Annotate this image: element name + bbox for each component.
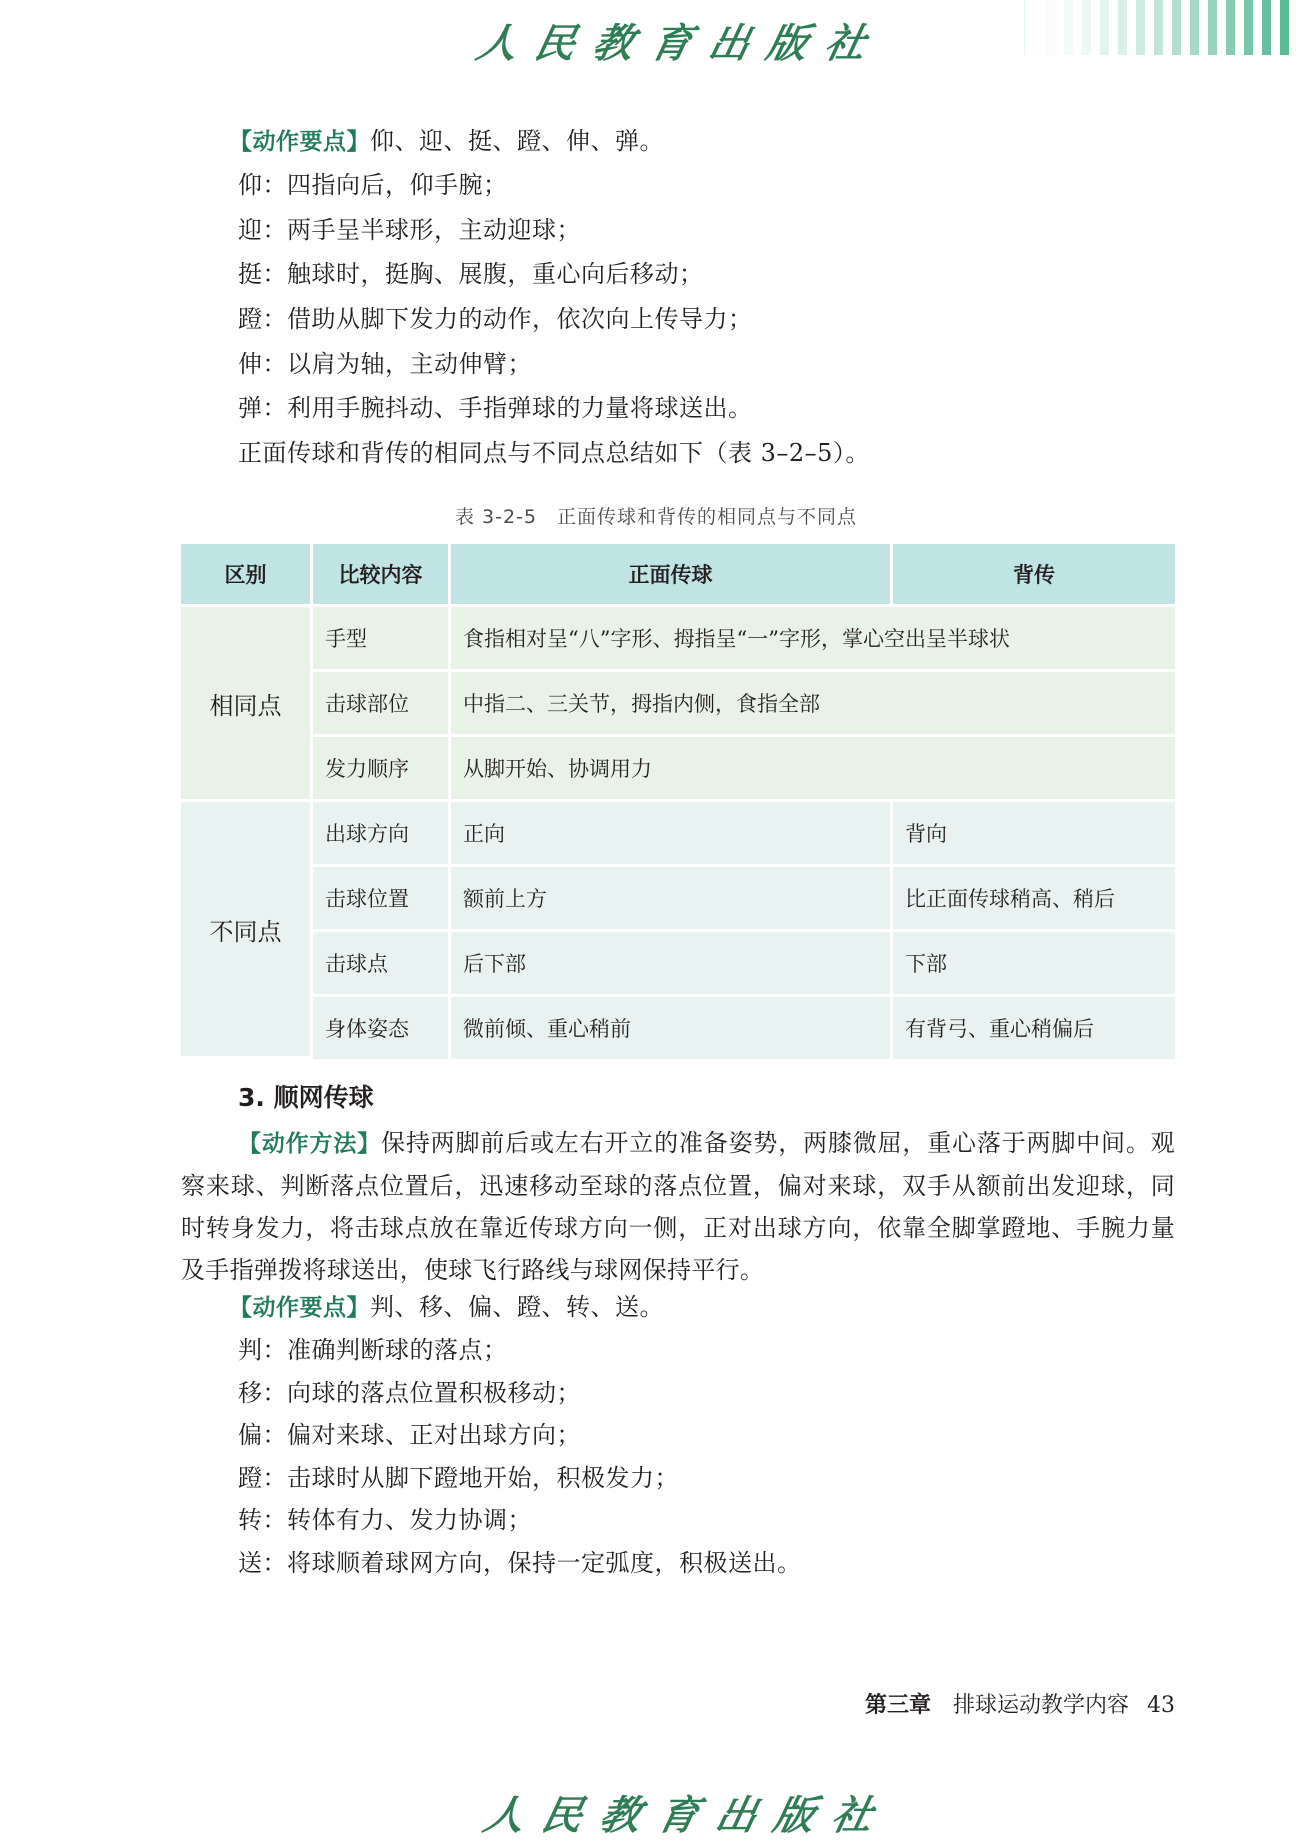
point-text: 偏对来球、正对出球方向；: [287, 1421, 581, 1449]
stripe-bar: [1136, 0, 1145, 55]
key-points-text: 仰、迎、挺、蹬、伸、弹。: [370, 127, 664, 155]
table-row: 不同点 出球方向 正向 背向: [181, 802, 1175, 867]
row-value-front: 后下部: [451, 932, 893, 997]
header-cell: 背传: [893, 544, 1175, 607]
row-value-back: 有背弓、重心稍偏后: [893, 997, 1175, 1059]
header-cell: 比较内容: [313, 544, 451, 607]
row-item: 出球方向: [313, 802, 451, 867]
row-item: 手型: [313, 607, 451, 672]
point-item: 移：向球的落点位置积极移动；: [238, 1378, 581, 1408]
point-item: 判：准确判断球的落点；: [238, 1335, 508, 1365]
row-item: 击球位置: [313, 867, 451, 932]
table-row: 身体姿态 微前倾、重心稍前 有背弓、重心稍偏后: [181, 997, 1175, 1059]
row-item: 发力顺序: [313, 737, 451, 802]
point-term: 转：: [238, 1506, 287, 1534]
table-caption: 表 3-2-5 正面传球和背传的相同点与不同点: [455, 502, 857, 529]
header-cell: 区别: [181, 544, 313, 607]
point-term: 移：: [238, 1379, 287, 1407]
point-item: 仰：四指向后，仰手腕；: [238, 170, 508, 200]
table-row: 发力顺序 从脚开始、协调用力: [181, 737, 1175, 802]
stripe-bar: [1262, 0, 1271, 55]
header-cell: 正面传球: [451, 544, 893, 607]
point-item: 蹬：击球时从脚下蹬地开始，积极发力；: [238, 1463, 679, 1493]
stripe-bar: [1082, 0, 1091, 55]
row-value-back: 比正面传球稍高、稍后: [893, 867, 1175, 932]
point-term: 挺：: [238, 260, 287, 288]
group-label-diff: 不同点: [181, 802, 313, 1059]
point-item: 迎：两手呈半球形，主动迎球；: [238, 215, 581, 245]
point-term: 迎：: [238, 216, 287, 244]
stripe-bar: [1172, 0, 1181, 55]
key-points-label: 【动作要点】: [229, 1295, 370, 1321]
row-value: 中指二、三关节，拇指内侧，食指全部: [451, 672, 1175, 737]
key-points-line: 【动作要点】仰、迎、挺、蹬、伸、弹。: [229, 126, 664, 157]
table-row: 击球点 后下部 下部: [181, 932, 1175, 997]
point-text: 两手呈半球形，主动迎球；: [287, 216, 581, 244]
chapter-title: 排球运动教学内容: [953, 1693, 1129, 1718]
point-term: 偏：: [238, 1421, 287, 1449]
page-footer: 第三章排球运动教学内容43: [865, 1688, 1175, 1719]
point-term: 弹：: [238, 394, 287, 422]
publisher-logo-footer: 人民教育出版社: [479, 1784, 897, 1841]
point-term: 蹬：: [238, 1464, 287, 1492]
point-item: 送：将球顺着球网方向，保持一定弧度，积极送出。: [238, 1548, 802, 1578]
row-value-front: 微前倾、重心稍前: [451, 997, 893, 1059]
row-item: 身体姿态: [313, 997, 451, 1059]
table-header-row: 区别 比较内容 正面传球 背传: [181, 544, 1175, 607]
row-value-back: 背向: [893, 802, 1175, 867]
point-item: 偏：偏对来球、正对出球方向；: [238, 1420, 581, 1450]
group-label-same: 相同点: [181, 607, 313, 802]
stripe-bar: [1064, 0, 1073, 55]
row-value: 从脚开始、协调用力: [451, 737, 1175, 802]
point-item: 伸：以肩为轴，主动伸臂；: [238, 349, 532, 379]
stripe-bar: [1244, 0, 1253, 55]
stripe-bar: [1118, 0, 1127, 55]
point-term: 仰：: [238, 171, 287, 199]
row-item: 击球部位: [313, 672, 451, 737]
method-label: 【动作方法】: [238, 1131, 381, 1157]
table-row: 击球部位 中指二、三关节，拇指内侧，食指全部: [181, 672, 1175, 737]
row-value: 食指相对呈“八”字形、拇指呈“一”字形，掌心空出呈半球状: [451, 607, 1175, 672]
header-decorative-stripes: [1028, 0, 1303, 55]
stripe-bar: [1154, 0, 1163, 55]
row-value-back: 下部: [893, 932, 1175, 997]
point-item: 蹬：借助从脚下发力的动作，依次向上传导力；: [238, 304, 753, 334]
point-term: 送：: [238, 1549, 287, 1577]
point-item: 弹：利用手腕抖动、手指弹球的力量将球送出。: [238, 393, 753, 423]
key-points-label: 【动作要点】: [229, 129, 370, 155]
key-points-text: 判、移、偏、蹬、转、送。: [370, 1293, 664, 1321]
point-text: 向球的落点位置积极移动；: [287, 1379, 581, 1407]
stripe-bar: [1046, 0, 1055, 55]
method-paragraph: 【动作方法】保持两脚前后或左右开立的准备姿势，两膝微屈，重心落于两脚中间。观察来…: [181, 1122, 1175, 1291]
point-text: 击球时从脚下蹬地开始，积极发力；: [287, 1464, 679, 1492]
table-row: 击球位置 额前上方 比正面传球稍高、稍后: [181, 867, 1175, 932]
point-text: 四指向后，仰手腕；: [287, 171, 508, 199]
row-value-front: 正向: [451, 802, 893, 867]
stripe-bar: [1280, 0, 1289, 55]
summary-line: 正面传球和背传的相同点与不同点总结如下（表 3–2–5）。: [238, 438, 870, 468]
row-item: 击球点: [313, 932, 451, 997]
point-text: 借助从脚下发力的动作，依次向上传导力；: [287, 305, 753, 333]
publisher-logo-header: 人民教育出版社: [472, 12, 890, 69]
comparison-table: 区别 比较内容 正面传球 背传 相同点 手型 食指相对呈“八”字形、拇指呈“一”…: [181, 544, 1175, 1059]
point-text: 触球时，挺胸、展腹，重心向后移动；: [287, 260, 704, 288]
section-heading: 3. 顺网传球: [238, 1078, 374, 1114]
point-text: 以肩为轴，主动伸臂；: [287, 350, 532, 378]
key-points-line: 【动作要点】判、移、偏、蹬、转、送。: [229, 1292, 664, 1323]
page-number: 43: [1147, 1693, 1175, 1718]
chapter-label: 第三章: [865, 1692, 931, 1718]
stripe-bar: [1028, 0, 1037, 55]
point-item: 转：转体有力、发力协调；: [238, 1505, 532, 1535]
point-term: 蹬：: [238, 305, 287, 333]
stripe-bar: [1190, 0, 1199, 55]
point-text: 利用手腕抖动、手指弹球的力量将球送出。: [287, 394, 753, 422]
point-term: 伸：: [238, 350, 287, 378]
stripe-bar: [1208, 0, 1217, 55]
row-value-front: 额前上方: [451, 867, 893, 932]
point-text: 准确判断球的落点；: [287, 1336, 508, 1364]
stripe-bar: [1226, 0, 1235, 55]
stripe-bar: [1100, 0, 1109, 55]
point-text: 转体有力、发力协调；: [287, 1506, 532, 1534]
table-row: 相同点 手型 食指相对呈“八”字形、拇指呈“一”字形，掌心空出呈半球状: [181, 607, 1175, 672]
point-term: 判：: [238, 1336, 287, 1364]
point-item: 挺：触球时，挺胸、展腹，重心向后移动；: [238, 259, 704, 289]
point-text: 将球顺着球网方向，保持一定弧度，积极送出。: [287, 1549, 802, 1577]
header-divider: [1024, 0, 1025, 55]
